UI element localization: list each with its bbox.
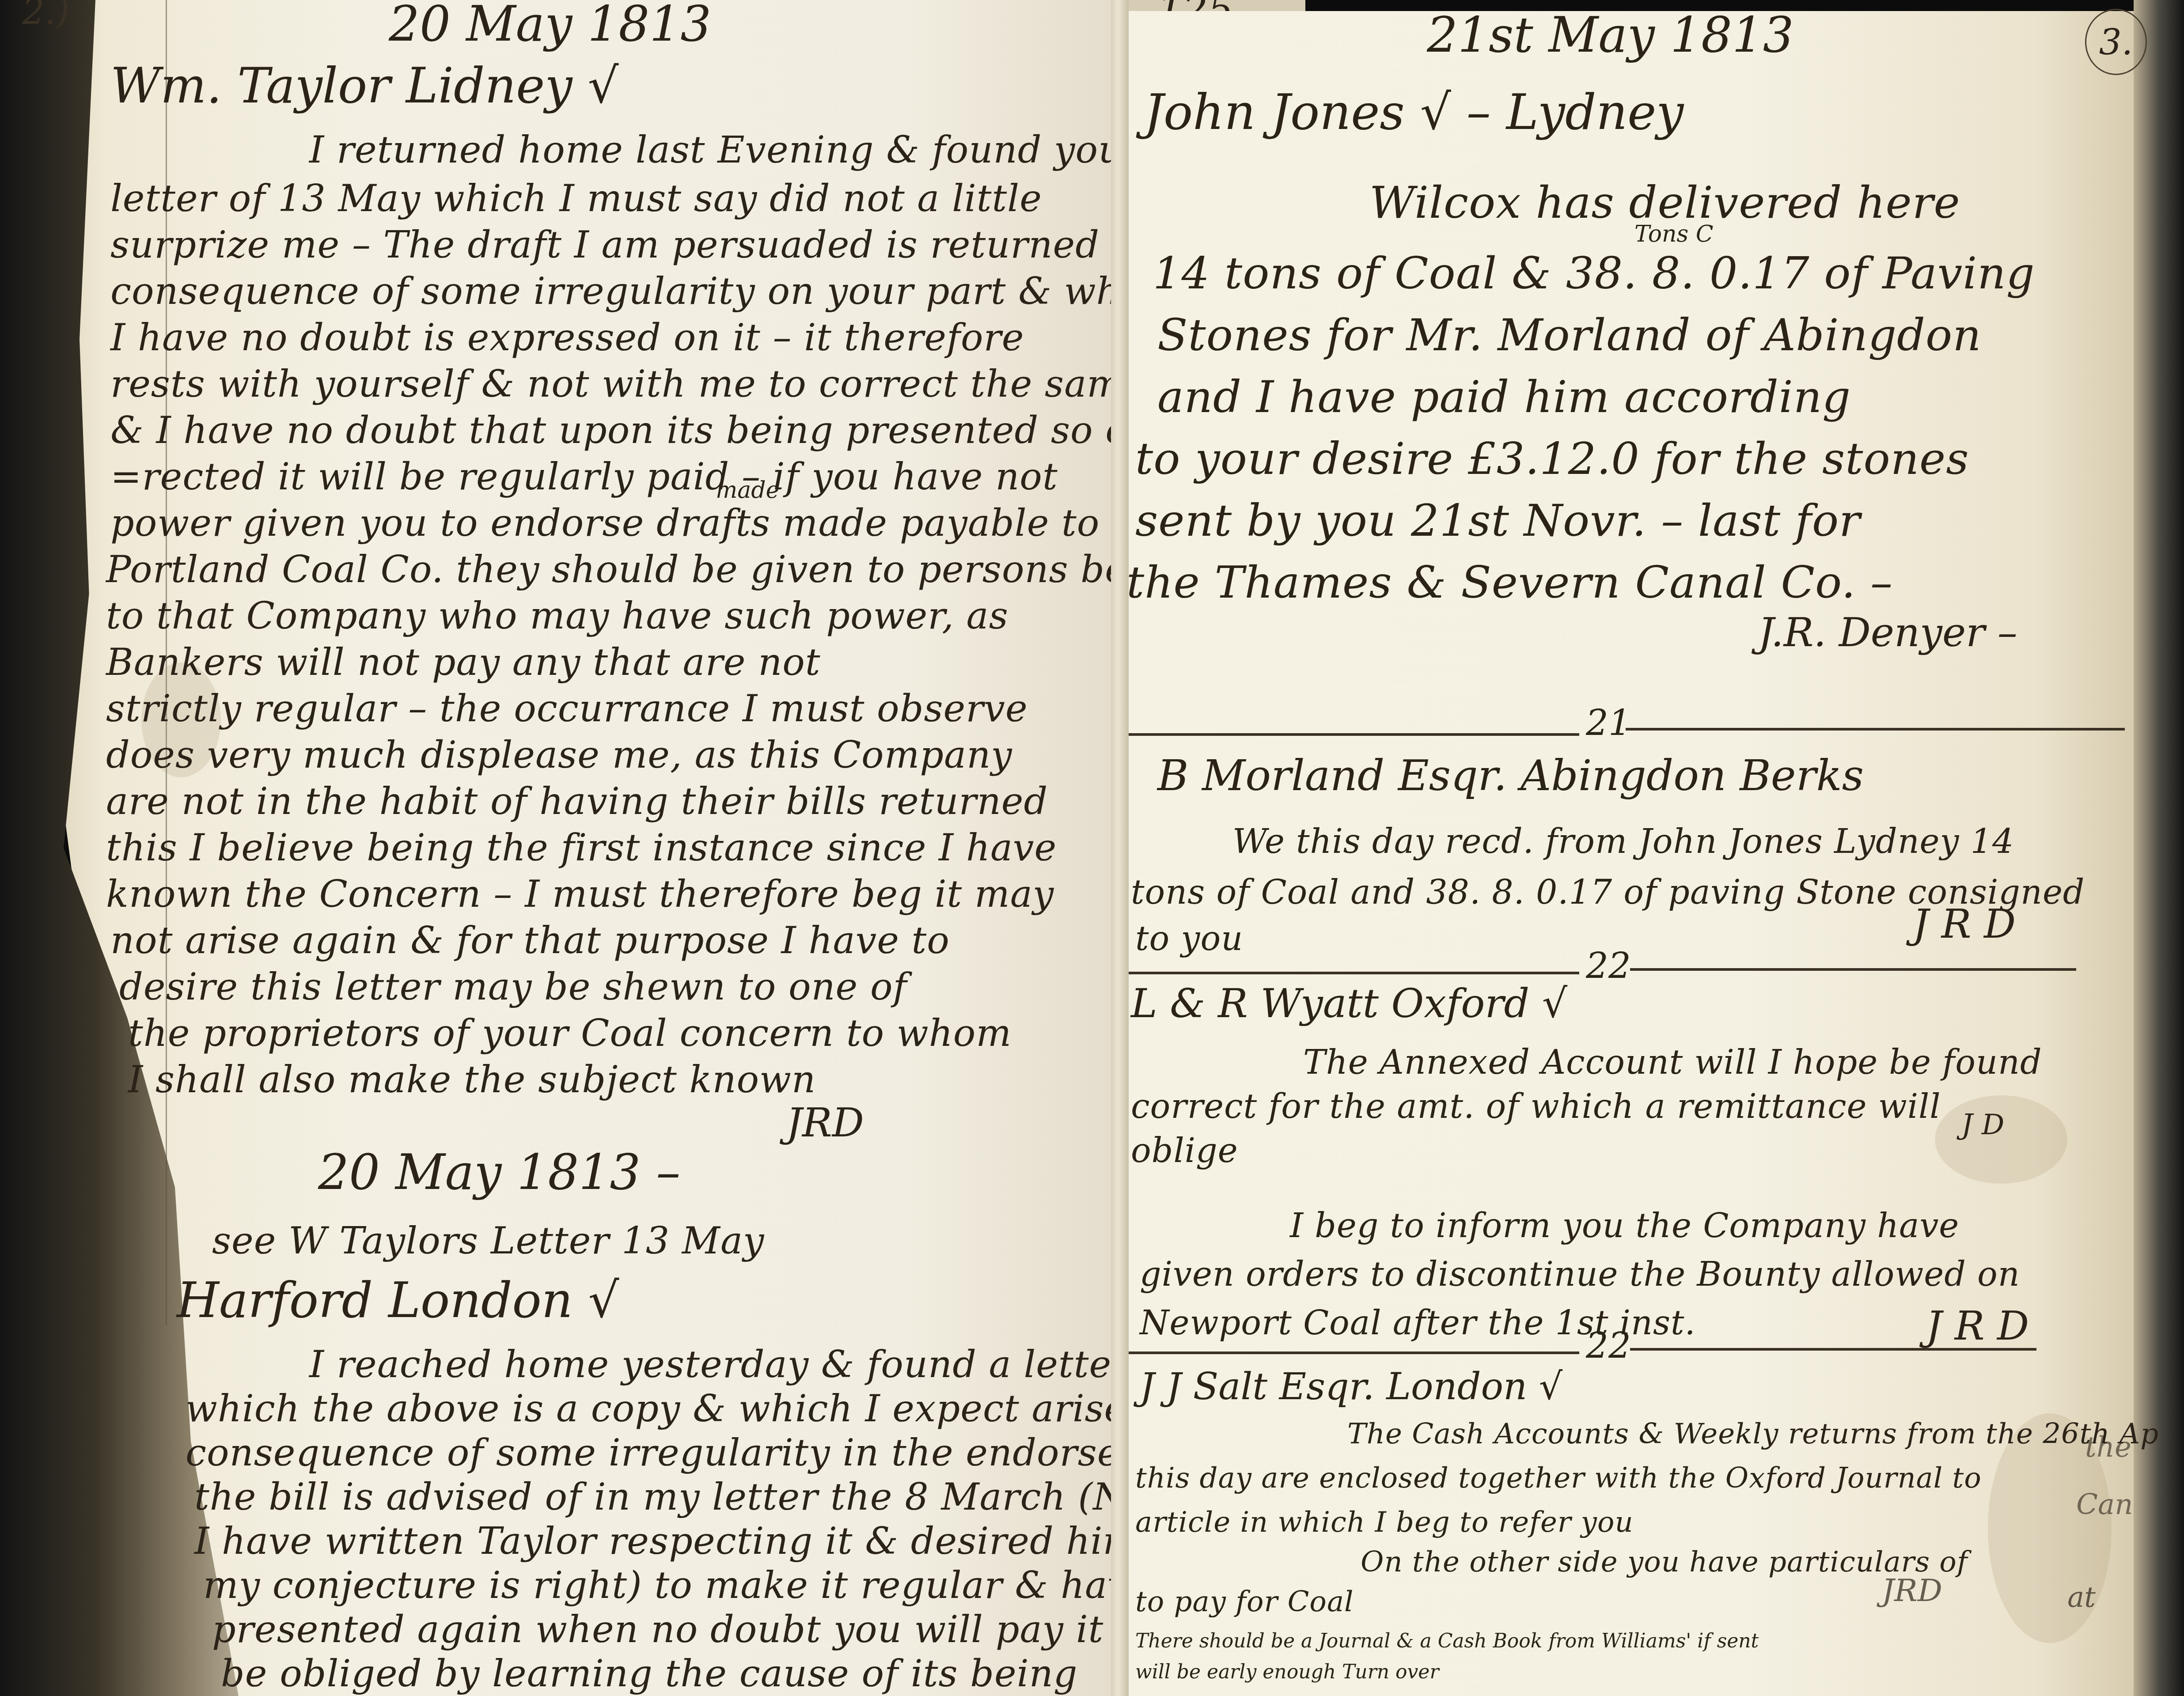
letter-line: strictly regular – the occurrance I must… xyxy=(106,687,1028,730)
letter-line: I shall also make the subject known xyxy=(128,1058,816,1101)
letter-line: the proprietors of your Coal concern to … xyxy=(128,1011,1012,1055)
letter-date: 21st May 1813 xyxy=(1427,7,1794,63)
letter-line: which the above is a copy & which I expe… xyxy=(186,1387,1195,1430)
letter-line: does very much displease me, as this Com… xyxy=(106,733,1012,776)
letter-date: 20 May 1813 xyxy=(389,0,711,52)
signature: J.R. Denyer – xyxy=(1758,609,2017,656)
letter-line: this I believe being the first instance … xyxy=(106,826,1057,869)
margin-fragment: the xyxy=(2085,1431,2131,1464)
cross-reference-note: see W Taylors Letter 13 May xyxy=(212,1219,764,1262)
letter-line: The Annexed Account will I hope be found xyxy=(1303,1042,2042,1082)
letter-line: & I have no doubt that upon its being pr… xyxy=(110,409,1199,452)
corner-mark: 2.) xyxy=(22,0,70,32)
letter-line: I reached home yesterday & found a lette… xyxy=(309,1343,1179,1386)
postscript-line: will be early enough Turn over xyxy=(1135,1661,1439,1683)
letter-addressee: Harford London √ xyxy=(177,1272,619,1329)
letter-line: to your desire £3.12.0 for the stones xyxy=(1135,433,1969,485)
letter-line: Bankers will not pay any that are not xyxy=(106,640,821,684)
letter-line: We this day recd. from John Jones Lydney… xyxy=(1232,821,2014,861)
letter-line: surprize me – The draft I am persuaded i… xyxy=(110,223,1149,266)
letter-line: oblige xyxy=(1131,1131,1238,1170)
divider-date: 22 xyxy=(1586,945,1631,986)
letter-addressee: B Morland Esqr. Abingdon Berks xyxy=(1157,751,1864,800)
entry-divider xyxy=(1630,968,2076,971)
letter-line: =rected it will be regularly paid – if y… xyxy=(110,455,1058,498)
letter-line: rests with yourself & not with me to cor… xyxy=(110,362,1145,405)
letter-line: consequence of some irregularity on your… xyxy=(110,269,1179,313)
letter-line: I beg to inform you the Company have xyxy=(1290,1206,1959,1245)
page-number: 3. xyxy=(2085,9,2147,75)
letter-line: be obliged by learning the cause of its … xyxy=(221,1652,1078,1695)
letter-line: and I have paid him according xyxy=(1157,371,1851,423)
letter-date: 20 May 1813 – xyxy=(318,1144,680,1200)
letter-line: Stones for Mr. Morland of Abingdon xyxy=(1157,309,1982,361)
letter-line: desire this letter may be shewn to one o… xyxy=(119,965,907,1008)
letter-line: this day are enclosed together with the … xyxy=(1135,1462,1982,1495)
interlinear-insert: made xyxy=(716,477,779,503)
signature: JRD xyxy=(786,1100,864,1146)
letter-line: to pay for Coal xyxy=(1135,1586,1354,1618)
letter-line: correct for the amt. of which a remittan… xyxy=(1131,1086,1941,1126)
divider-date: 21 xyxy=(1586,702,1631,743)
letter-line: article in which I beg to refer you xyxy=(1135,1506,1634,1539)
letter-line: I have no doubt is expressed on it – it … xyxy=(110,316,1024,359)
letter-addressee: J J Salt Esqr. London √ xyxy=(1140,1365,1562,1408)
margin-fragment: Can xyxy=(2076,1488,2133,1521)
entry-divider xyxy=(1129,1351,1579,1354)
letter-line: 14 tons of Coal & 38. 8. 0.17 of Paving xyxy=(1153,247,2035,299)
letter-line: are not in the habit of having their bil… xyxy=(106,780,1048,823)
margin-note: J D xyxy=(1961,1109,2004,1141)
letter-addressee: Wm. Taylor Lidney √ xyxy=(110,57,619,114)
letter-line: The Cash Accounts & Weekly returns from … xyxy=(1347,1418,2159,1450)
letter-line: sent by you 21st Novr. – last for xyxy=(1135,495,1861,546)
letter-addressee: L & R Wyatt Oxford √ xyxy=(1131,980,1567,1027)
book-gutter xyxy=(1111,0,1129,1696)
letter-line: Portland Coal Co. they should be given t… xyxy=(106,548,1211,591)
entry-divider xyxy=(1129,733,1579,736)
letter-line: the Thames & Severn Canal Co. – xyxy=(1126,556,1893,608)
letter-line: to you xyxy=(1135,919,1243,958)
interlinear-insert: Tons C xyxy=(1634,221,1713,247)
letter-line: to that Company who may have such power,… xyxy=(106,594,1009,637)
letter-line: known the Concern – I must therefore beg… xyxy=(106,872,1054,916)
letter-line: my conjecture is right) to make it regul… xyxy=(203,1563,1191,1607)
letter-line: given orders to discontinue the Bounty a… xyxy=(1140,1254,2020,1294)
divider-date: 22 xyxy=(1586,1325,1631,1366)
entry-divider xyxy=(1129,972,1579,974)
letter-line: On the other side you have particulars o… xyxy=(1361,1546,1968,1579)
letter-addressee: John Jones √ – Lydney xyxy=(1144,84,1683,140)
letter-book-spread: 2.) 20 May 1813 Wm. Taylor Lidney √ I re… xyxy=(0,0,2184,1696)
letter-line: the bill is advised of in my letter the … xyxy=(194,1475,1248,1518)
letter-line: not arise again & for that purpose I hav… xyxy=(110,919,950,962)
letter-line: presented again when no doubt you will p… xyxy=(212,1608,1135,1651)
signature: J R D xyxy=(1913,901,2016,947)
entry-divider xyxy=(1630,1348,2036,1351)
margin-fragment: at xyxy=(2067,1581,2096,1614)
signature: JRD xyxy=(1882,1572,1942,1609)
letter-line: power given you to endorse drafts made p… xyxy=(110,501,1174,545)
postscript-line: There should be a Journal & a Cash Book … xyxy=(1135,1630,1759,1652)
entry-divider xyxy=(1626,728,2125,731)
letter-line: letter of 13 May which I must say did no… xyxy=(110,177,1042,220)
letter-line: I returned home last Evening & found you… xyxy=(309,128,1141,171)
signature: J R D xyxy=(1926,1303,2029,1349)
